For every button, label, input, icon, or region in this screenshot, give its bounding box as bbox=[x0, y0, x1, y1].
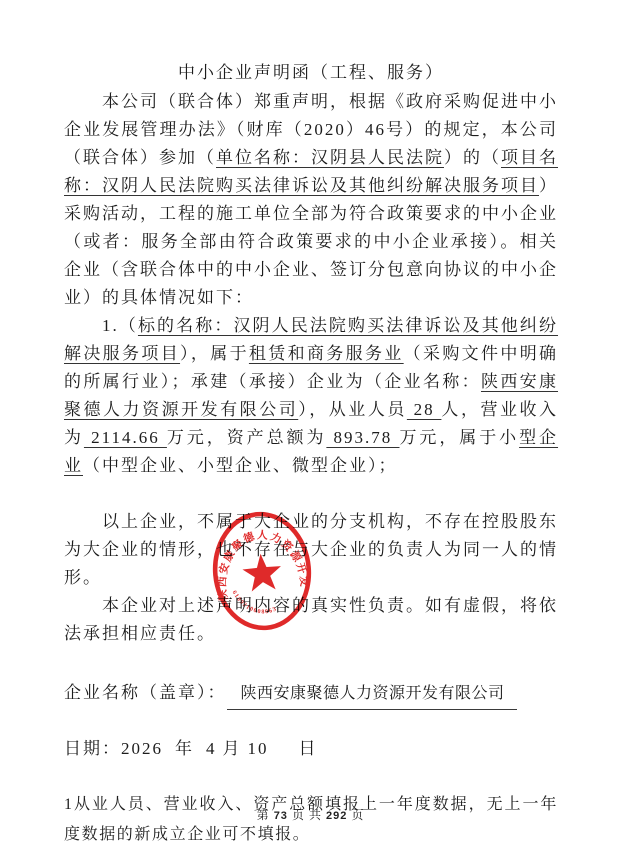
declaration-paragraph-3: 以上企业，不属于大企业的分支机构，不存在控股股东为大企业的情形，也不存在与大企业… bbox=[64, 508, 558, 592]
p2-text: ），属于 bbox=[180, 344, 249, 363]
company-name-line: 企业名称（盖章）：陕西安康聚德人力资源开发有限公司 bbox=[64, 679, 558, 710]
revenue-value: 2114.66 bbox=[84, 428, 167, 447]
footer-middle: 页 共 bbox=[292, 808, 322, 822]
industry-underlined: 租赁和商务服务业 bbox=[249, 344, 404, 363]
document-page: 中小企业声明函（工程、服务） 本公司（联合体）郑重声明，根据《政府采购促进中小企… bbox=[0, 0, 621, 858]
total-assets-value: 893.78 bbox=[326, 428, 399, 447]
page-number: 第73页 共292页 bbox=[0, 806, 621, 823]
p1-text: ）采购活动，工程的施工单位全部为符合政策要求的中小企业（或者：服务全部由符合政策… bbox=[64, 176, 558, 307]
date-day-value: 10 bbox=[248, 739, 269, 758]
declaration-paragraph-2: 1.（标的名称：汉阴人民法院购买法律诉讼及其他纠纷解决服务项目），属于租赁和商务… bbox=[64, 312, 558, 480]
date-month-value: 4 bbox=[206, 739, 217, 758]
date-day-unit: 日 bbox=[299, 739, 318, 758]
p2-text: ），从业人员 bbox=[298, 400, 407, 419]
declaration-paragraph-1: 本公司（联合体）郑重声明，根据《政府采购促进中小企业发展管理办法》（财库（202… bbox=[64, 88, 558, 312]
document-body: 中小企业声明函（工程、服务） 本公司（联合体）郑重声明，根据《政府采购促进中小企… bbox=[64, 60, 558, 850]
date-line: 日期：2026年4月10日 bbox=[64, 735, 558, 763]
p2-text: 1.（ bbox=[102, 316, 138, 335]
date-month-unit: 月 bbox=[223, 739, 242, 758]
footer-suffix: 页 bbox=[351, 808, 364, 822]
document-title: 中小企业声明函（工程、服务） bbox=[64, 60, 558, 86]
company-seal-label: 企业名称（盖章）： bbox=[64, 683, 227, 702]
date-label: 日期： bbox=[64, 739, 121, 758]
p2-text: 万元，资产总额为 bbox=[167, 428, 326, 447]
footer-total-pages: 292 bbox=[326, 810, 347, 822]
p2-text: 万元，属于小 bbox=[400, 428, 520, 447]
declaration-paragraph-4: 本企业对上述声明内容的真实性负责。如有虚假，将依法承担相应责任。 bbox=[64, 592, 558, 648]
date-year-unit: 年 bbox=[175, 739, 194, 758]
purchaser-name-underlined: 单位名称：汉阴县人民法院 bbox=[216, 148, 444, 167]
footer-prefix: 第 bbox=[257, 808, 270, 822]
p2-text: （中型企业、小型企业、微型企业）； bbox=[83, 456, 398, 475]
employee-count-value: 28 bbox=[407, 400, 442, 419]
date-year-value: 2026 bbox=[121, 739, 163, 758]
company-name-value: 陕西安康聚德人力资源开发有限公司 bbox=[227, 680, 517, 710]
p1-text: ）的（ bbox=[444, 148, 501, 167]
footer-current-page: 73 bbox=[274, 810, 288, 822]
